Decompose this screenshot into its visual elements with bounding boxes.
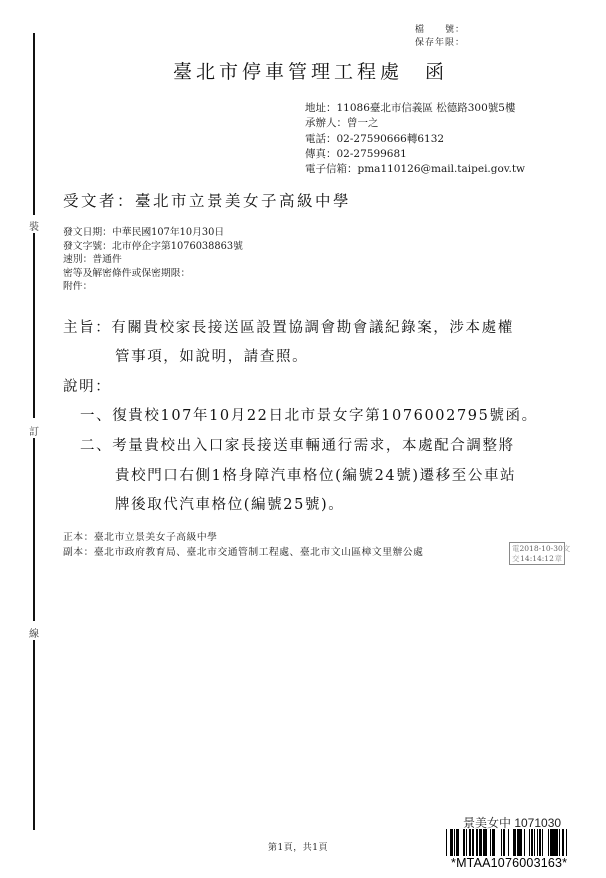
retention-period-label: 保存年限： — [415, 37, 465, 50]
email: 電子信箱：pma110126@mail.taipei.gov.tw — [305, 162, 525, 177]
stamp-char: 章 — [555, 554, 563, 564]
security-level: 密等及解密條件或保密期限： — [63, 267, 243, 281]
contact-block: 地址：11086臺北市信義區 松德路300號5樓 承辦人：曾一之 電話：02-2… — [305, 101, 525, 177]
copy-recipients: 副本：臺北市政府教育局、臺北市交通管制工程處、臺北市文山區樟文里辦公處 — [63, 544, 423, 558]
stamp-char: 交 — [512, 554, 520, 564]
binding-line-segment — [33, 33, 35, 215]
original-recipient: 正本：臺北市立景美女子高級中學 — [63, 529, 217, 543]
attachment: 附件： — [63, 280, 243, 294]
document-number: 發文字號：北市停企字第1076038863號 — [63, 240, 243, 254]
explanation-item-2-line-2: 貴校門口右側1格身障汽車格位(編號24號)遷移至公車站 — [115, 464, 516, 485]
page-number: 第1頁，共1頁 — [268, 840, 328, 853]
handler: 承辦人：曾一之 — [305, 116, 525, 131]
fax: 傳真：02-27599681 — [305, 147, 525, 162]
address: 地址：11086臺北市信義區 松德路300號5樓 — [305, 101, 525, 116]
agency-name: 臺北市停車管理工程處 — [173, 61, 403, 83]
explanation-item-1: 一、復貴校107年10月22日北市景女字第1076002795號函。 — [80, 404, 538, 425]
document-meta: 發文日期：中華民國107年10月30日 發文字號：北市停企字第107603886… — [63, 226, 243, 294]
subject-line-1: 主旨：有關貴校家長接送區設置協調會勘會議紀錄案，涉本處權 — [63, 316, 514, 337]
subject-line-2: 管事項，如說明，請查照。 — [115, 345, 308, 366]
stamp-date: 2018-10-30 — [520, 544, 563, 554]
document-type: 函 — [425, 61, 448, 83]
recipient: 受文者：臺北市立景美女子高級中學 — [63, 189, 351, 211]
document-title: 臺北市停車管理工程處函 — [173, 57, 448, 84]
exchange-stamp: 電 2018-10-30 文 交 14:14:12 章 — [509, 542, 565, 565]
delivery-speed: 速別：普通件 — [63, 253, 243, 267]
binding-line-segment — [33, 233, 35, 418]
barcode-image — [446, 829, 567, 856]
binding-char-zhuang: 裝 — [27, 218, 41, 233]
file-number-label: 檔 號： — [415, 24, 465, 37]
barcode-text: *MTAA1076003163* — [451, 856, 567, 870]
binding-line-segment — [33, 640, 35, 830]
binding-char-xian: 線 — [27, 625, 41, 640]
stamp-time: 14:14:12 — [520, 554, 554, 564]
explanation-item-2-line-1: 二、考量貴校出入口家長接送車輛通行需求，本處配合調整將 — [80, 434, 515, 455]
explanation-heading: 說明： — [63, 375, 111, 396]
binding-char-ding: 訂 — [27, 423, 41, 438]
stamp-char: 電 — [512, 544, 520, 554]
phone: 電話：02-27590666轉6132 — [305, 132, 525, 147]
issue-date: 發文日期：中華民國107年10月30日 — [63, 226, 243, 240]
explanation-item-2-line-3: 牌後取代汽車格位(編號25號)。 — [115, 493, 344, 514]
stamp-char: 文 — [563, 544, 571, 554]
binding-line-segment — [33, 438, 35, 621]
